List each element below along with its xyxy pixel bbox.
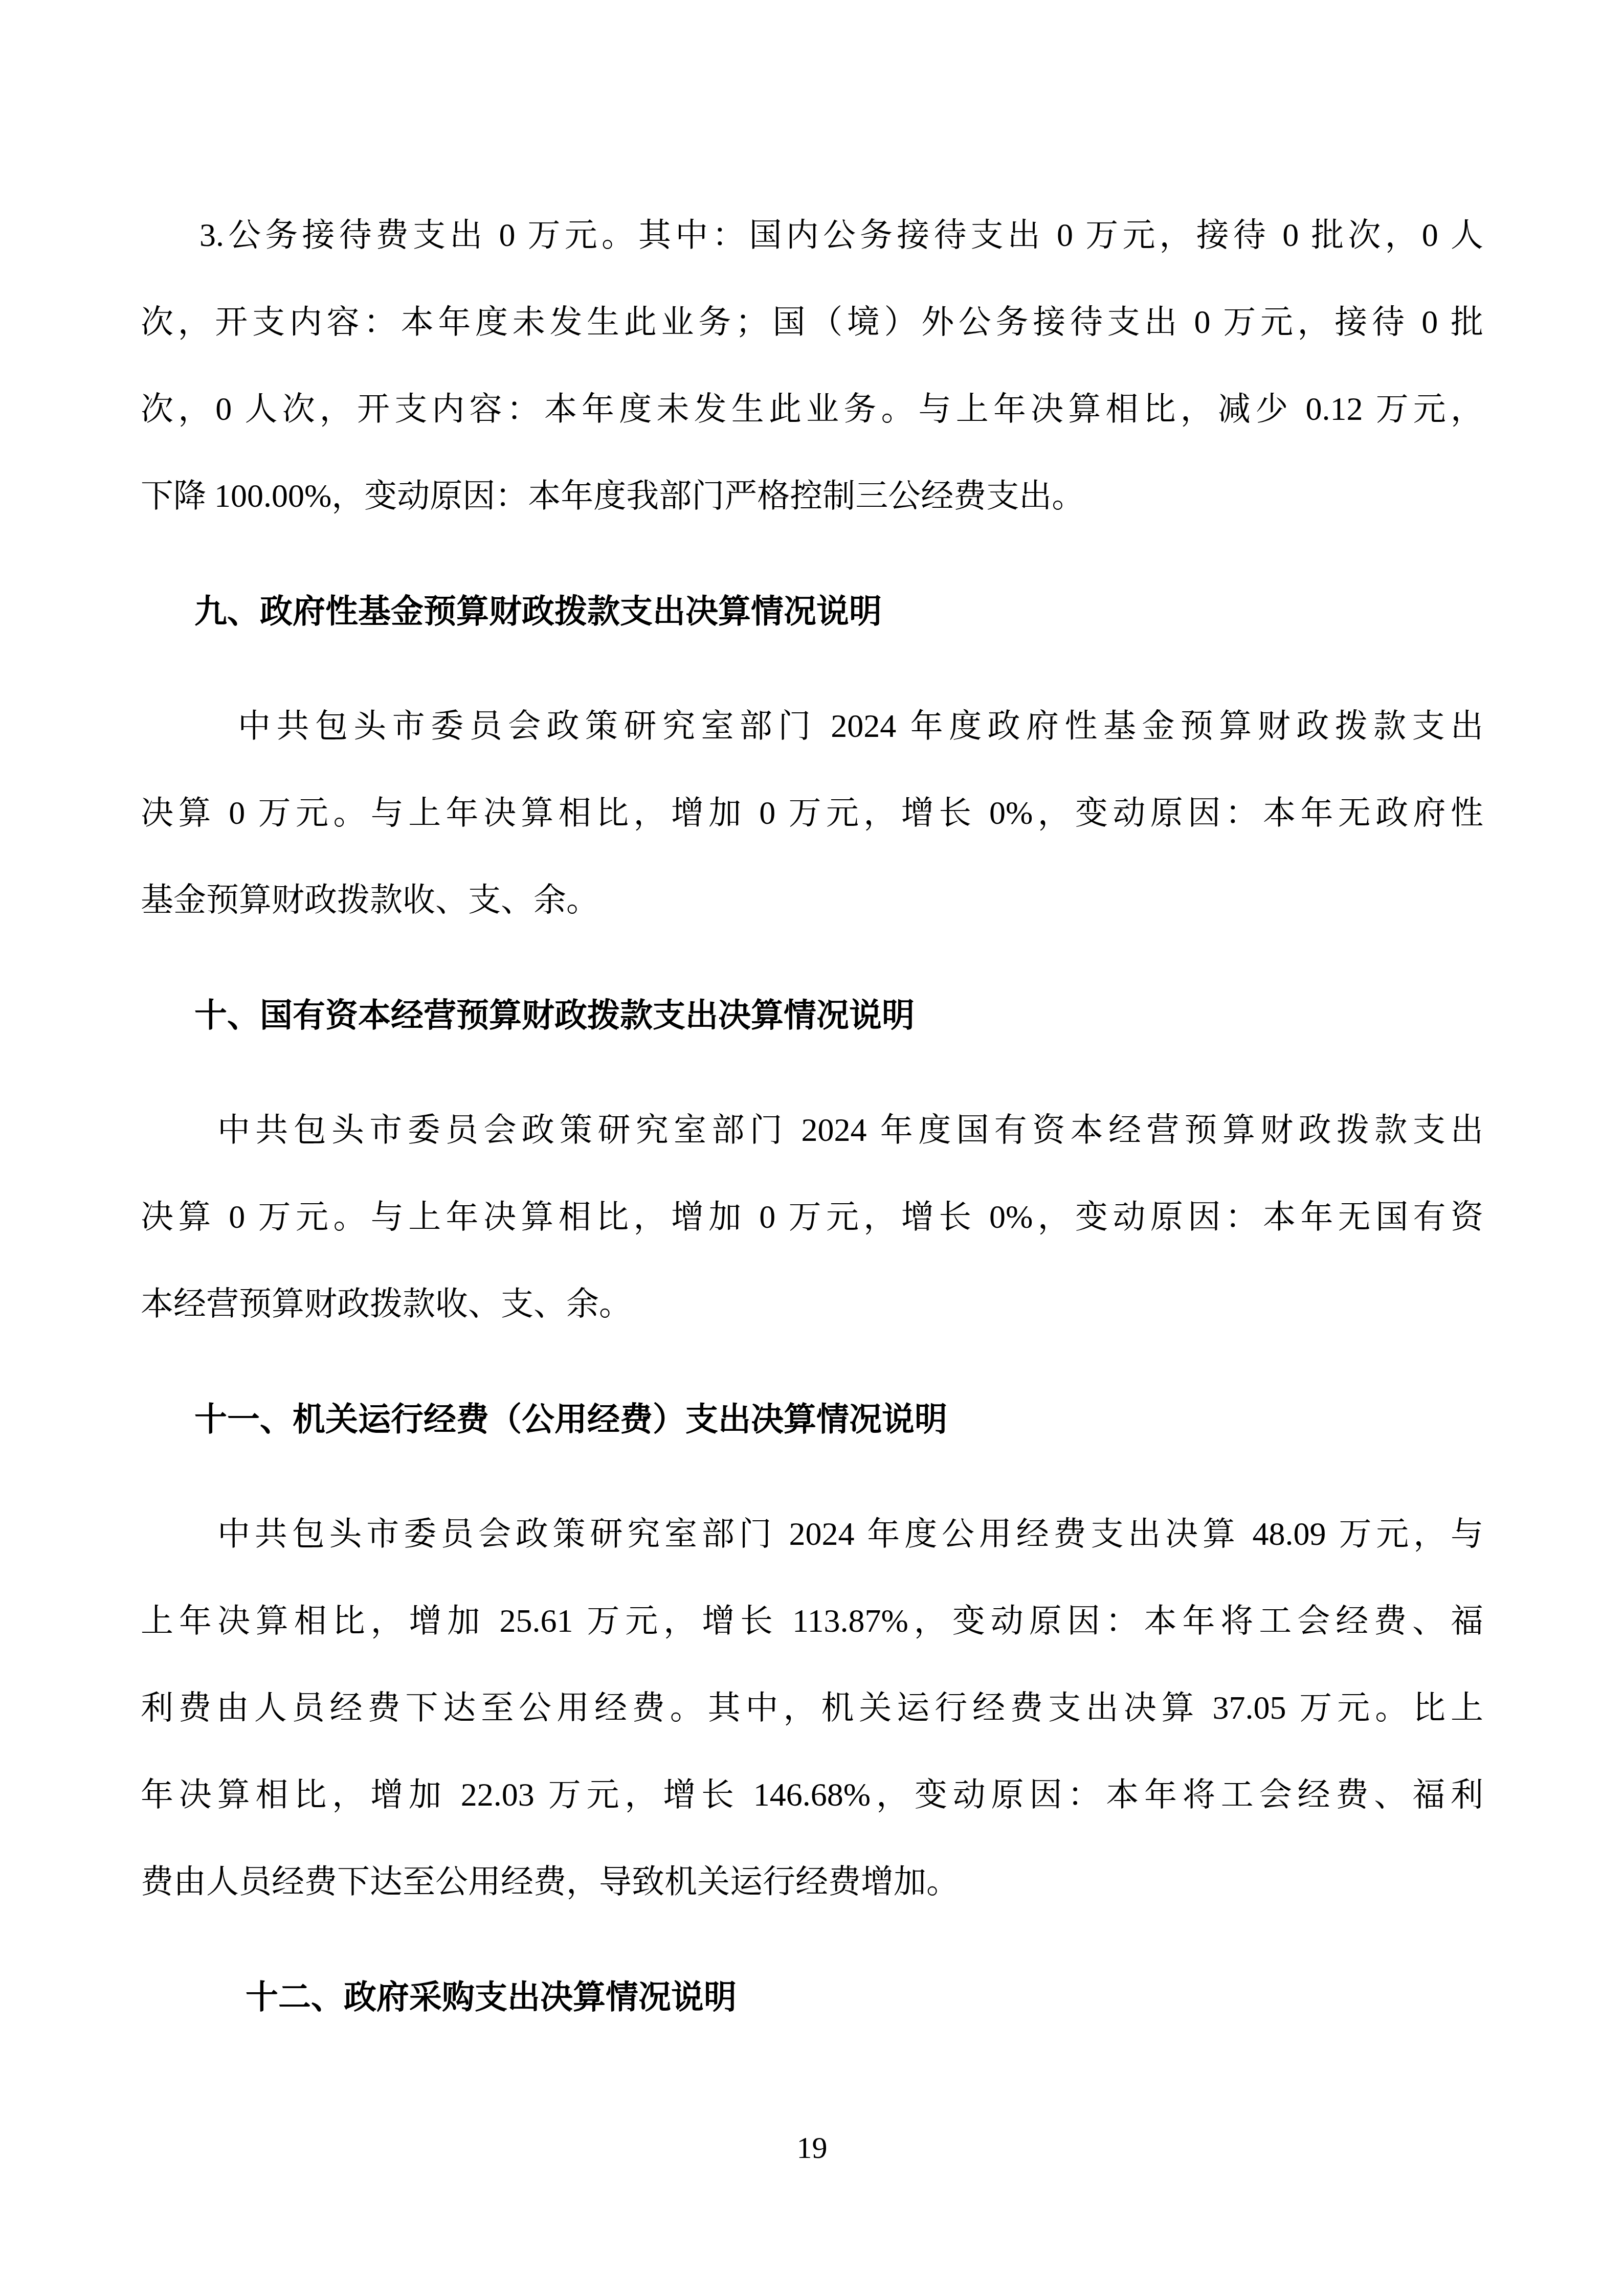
paragraph-line: 基金预算财政拨款收、支、余。 [141,857,1483,943]
page-number: 19 [0,2127,1624,2168]
paragraph-line: 上年决算相比，增加 25.61 万元，增长 113.87%，变动原因：本年将工会… [141,1578,1483,1664]
section-heading-9: 九、政府性基金预算财政拨款支出决算情况说明 [141,568,1483,655]
paragraph-line: 3.公务接待费支出 0 万元。其中：国内公务接待支出 0 万元，接待 0 批次，… [141,192,1483,279]
paragraph-line: 决算 0 万元。与上年决算相比，增加 0 万元，增长 0%，变动原因：本年无政府… [141,770,1483,857]
paragraph-operating-expense: 中共包头市委员会政策研究室部门 2024 年度公用经费支出决算 48.09 万元… [141,1491,1483,1925]
paragraph-line: 中共包头市委员会政策研究室部门 2024 年度国有资本经营预算财政拨款支出 [141,1087,1483,1174]
paragraph-gov-fund-budget: 中共包头市委员会政策研究室部门 2024 年度政府性基金预算财政拨款支出 决算 … [141,683,1483,943]
section-heading-11: 十一、机关运行经费（公用经费）支出决算情况说明 [141,1376,1483,1462]
section-heading-12: 十二、政府采购支出决算情况说明 [141,1953,1483,2040]
paragraph-line: 下降 100.00%，变动原因：本年度我部门严格控制三公经费支出。 [141,453,1483,539]
paragraph-line: 利费由人员经费下达至公用经费。其中，机关运行经费支出决算 37.05 万元。比上 [141,1664,1483,1751]
paragraph-line: 中共包头市委员会政策研究室部门 2024 年度公用经费支出决算 48.09 万元… [141,1491,1483,1578]
document-page: 3.公务接待费支出 0 万元。其中：国内公务接待支出 0 万元，接待 0 批次，… [0,0,1624,2296]
paragraph-line: 次，0 人次，开支内容：本年度未发生此业务。与上年决算相比，减少 0.12 万元… [141,366,1483,453]
paragraph-line: 年决算相比，增加 22.03 万元，增长 146.68%，变动原因：本年将工会经… [141,1751,1483,1838]
paragraph-line: 中共包头市委员会政策研究室部门 2024 年度政府性基金预算财政拨款支出 [141,683,1483,770]
paragraph-line: 决算 0 万元。与上年决算相比，增加 0 万元，增长 0%，变动原因：本年无国有… [141,1174,1483,1260]
paragraph-reception-expense: 3.公务接待费支出 0 万元。其中：国内公务接待支出 0 万元，接待 0 批次，… [141,192,1483,539]
paragraph-state-capital-budget: 中共包头市委员会政策研究室部门 2024 年度国有资本经营预算财政拨款支出 决算… [141,1087,1483,1347]
section-heading-10: 十、国有资本经营预算财政拨款支出决算情况说明 [141,972,1483,1059]
paragraph-line: 次，开支内容：本年度未发生此业务；国（境）外公务接待支出 0 万元，接待 0 批 [141,279,1483,366]
paragraph-line: 本经营预算财政拨款收、支、余。 [141,1260,1483,1347]
paragraph-line: 费由人员经费下达至公用经费，导致机关运行经费增加。 [141,1838,1483,1925]
